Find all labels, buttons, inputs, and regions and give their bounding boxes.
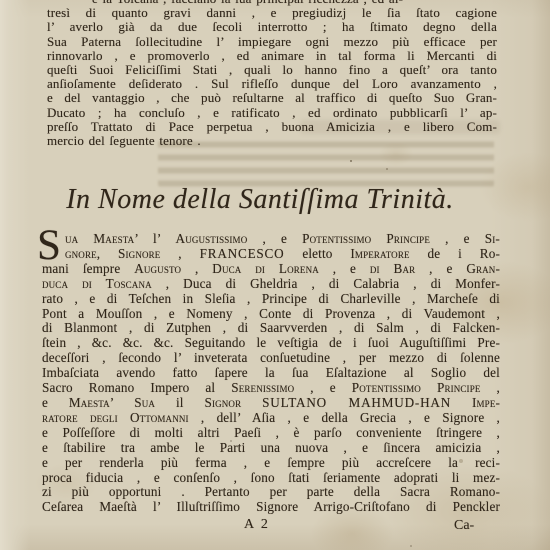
text-line: mercio del ſeguente tenore . bbox=[47, 134, 497, 148]
text-line: e ſtabilire tra ambe le Parti una nuova … bbox=[42, 441, 500, 456]
text-line: gnore, Signore , FRANCESCO eletto Impera… bbox=[65, 247, 500, 262]
text-line: Ducato ; ha concluſo , e ratificato , ed… bbox=[47, 106, 497, 120]
document-page: e la Toſcana , facciano la ſua principal… bbox=[0, 0, 550, 550]
text-line: Sacro Romano Impero al Serenissimo , e P… bbox=[42, 381, 500, 396]
text-line: l’ averlo già da due ſecoli interrotto ;… bbox=[47, 20, 497, 34]
text-line: queſti Suoi Feliciſſimi Stati , quali lo… bbox=[47, 63, 497, 77]
text-line: duca di Toscana , Duca di Gheldria , di … bbox=[42, 277, 500, 292]
opening-paragraph: e la Toſcana , facciano la ſua principal… bbox=[47, 0, 497, 148]
text-line: ratore degli Ottomanni , dell’ Aſia , e … bbox=[42, 411, 500, 426]
text-line: rato , e di Teſchen in Sleſia , Principe… bbox=[42, 292, 500, 307]
text-line: Imbaſciata avendo fatto ſapere la ſua Eſ… bbox=[42, 366, 500, 381]
signature-mark: A 2 bbox=[244, 517, 270, 533]
text-line: anſioſamente deſiderato . Sul rifleſſo d… bbox=[47, 77, 497, 91]
text-line: proca fiducia , e conſenſo , ſono ſtati … bbox=[42, 471, 500, 486]
text-line: e Maesta’ Sua il Signor SULTANO MAHMUD-H… bbox=[42, 396, 500, 411]
text-line: tresì di quanto gravi danni , e pregiudi… bbox=[47, 6, 497, 20]
text-line: ſtein , &c. &c. &c. Seguitando le veſtig… bbox=[42, 336, 500, 351]
catchword: Ca- bbox=[454, 518, 474, 534]
text-line: mani ſempre Augusto , Duca di Lorena , e… bbox=[42, 262, 500, 277]
paper-speck bbox=[350, 160, 352, 162]
text-line: ua Maesta’ l’ Augustissimo , e Potentiss… bbox=[65, 232, 500, 247]
section-heading: In Nome della Santiſſima Trinità. bbox=[40, 183, 480, 217]
text-line: Ceſarea Maeſtà l’ Illuſtriſſimo Signore … bbox=[42, 500, 500, 515]
text-line: e del vantaggio , che può reſultarne al … bbox=[47, 91, 497, 105]
text-line: preſſo Trattato di Pace perpetua , buona… bbox=[47, 120, 497, 134]
paragraph-lines: ua Maesta’ l’ Augustissimo , e Potentiss… bbox=[42, 232, 500, 515]
text-line: e Poſſeſſore di molti altri Paeſi , è pa… bbox=[42, 426, 500, 441]
text-line: Sua Paterna ſollecitudine l’ impiegare o… bbox=[47, 35, 497, 49]
text-line: zi più opportuni . Pertanto per parte de… bbox=[42, 485, 500, 500]
text-line: deceſſori , ſecondo l’ inveterata conſue… bbox=[42, 351, 500, 366]
text-line: rinnovarlo , e promoverlo , ed animare i… bbox=[47, 49, 497, 63]
main-paragraph: S ua Maesta’ l’ Augustissimo , e Potenti… bbox=[42, 232, 500, 515]
text-line: di Blanmont , di Zutphen , di Saarvverde… bbox=[42, 321, 500, 336]
text-line: e per renderla più ferma , e ſempre più … bbox=[42, 456, 500, 471]
text-line: Pont a Mouſſon , e Nomeny , Conte di Pro… bbox=[42, 307, 500, 322]
